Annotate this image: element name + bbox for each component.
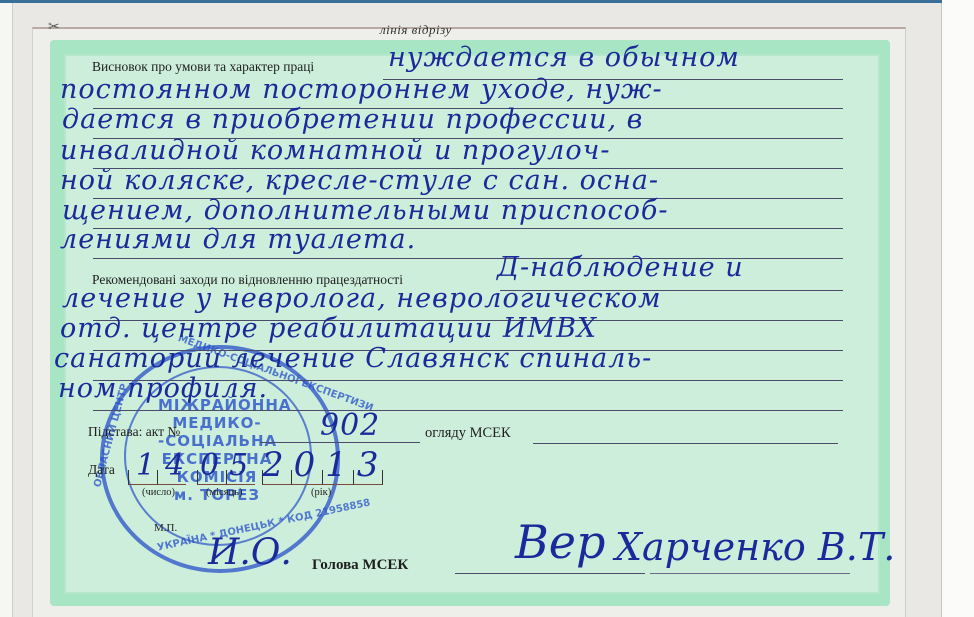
- date-day-caption: (число): [142, 487, 175, 498]
- conclusion-text-line-7: лениями для туалета.: [60, 224, 416, 255]
- basis-suffix-label: огляду МСЕК: [425, 425, 511, 442]
- conclusion-label: Висновок про умови та характер праці: [92, 59, 314, 75]
- recommendations-text-line-3: отд. центре реабилитации ИМВХ: [60, 313, 597, 344]
- conclusion-text-line-6: щением, дополнительными приспособ-: [62, 195, 669, 226]
- recommendations-rule-5: [93, 410, 843, 411]
- conclusion-text-line-4: инвалидной комнатной и прогулоч-: [60, 135, 611, 166]
- scissors-icon: ✂: [48, 19, 60, 36]
- acting-prefix: И.О.: [208, 532, 292, 573]
- head-name: Харченко В.Т.: [615, 525, 895, 569]
- date-year-caption: (рік): [311, 487, 331, 498]
- recommendations-text-line-2: лечение у невролога, неврологическом: [62, 283, 661, 314]
- recommendations-text-line-5: ном профиля.: [58, 373, 268, 404]
- head-label: Голова МСЕК: [312, 557, 408, 574]
- conclusion-text-line-5: ной коляске, кресле-стуле с сан. осна-: [60, 165, 659, 196]
- scan-background: [942, 0, 974, 617]
- conclusion-text-line-3: дается в приобретении профессии, в: [62, 104, 643, 135]
- date-month-caption: (місяць): [206, 487, 242, 498]
- conclusion-text-line-2: постоянном постороннем уходе, нуж-: [60, 74, 663, 105]
- date-day-value: 14: [136, 448, 194, 483]
- date-month-value: 05: [200, 448, 258, 483]
- basis-label: Підстава: акт №: [88, 424, 180, 440]
- seal-place-label: М.П.: [154, 522, 177, 534]
- recommendations-text-line-4: санатории лечение Славянск спиналь-: [54, 343, 652, 374]
- recommendations-text-line-1: Д-наблюдение и: [497, 252, 744, 283]
- act-number-value: 902: [320, 408, 380, 443]
- head-signature: Вер: [515, 515, 605, 569]
- date-label: Дата: [88, 462, 115, 478]
- name-rule: [650, 573, 850, 574]
- cut-line-label: лінія відрізу: [380, 22, 452, 38]
- date-year-value: 2013: [262, 445, 389, 485]
- conclusion-text-line-1: нуждается в обычном: [388, 42, 740, 73]
- signature-rule: [455, 573, 645, 574]
- basis-suffix-rule: [533, 443, 838, 444]
